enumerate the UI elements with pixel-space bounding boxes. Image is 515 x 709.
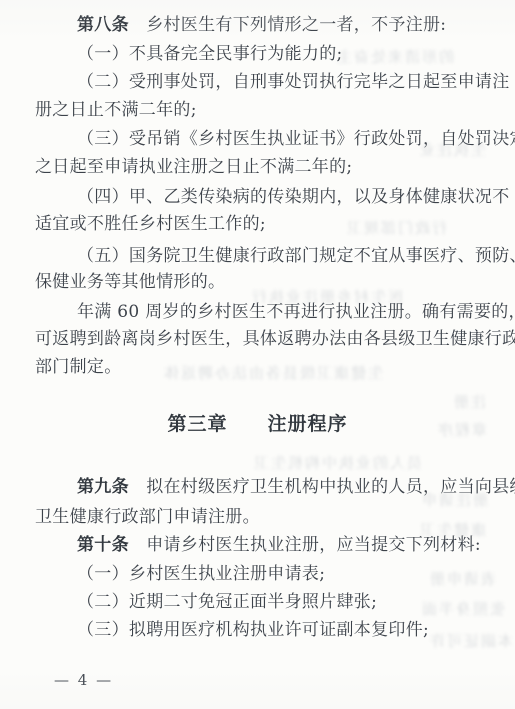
article-number-label: 第十条	[77, 535, 129, 555]
text-segment: （一）不具备完全民事行为能力的;	[77, 44, 343, 64]
text-line: 第八条 乡村医生有下列情形之一者，不予注册:	[77, 15, 482, 36]
text-line: （三）拟聘用医疗机构执业许可证副本复印件;	[77, 620, 482, 641]
text-line: （一）乡村医生执业注册申请表;	[77, 564, 482, 585]
text-segment: （三）拟聘用医疗机构执业许可证副本复印件;	[77, 620, 429, 640]
text-segment: 保健业务等其他情形的。	[35, 272, 225, 292]
text-segment: 适宜或不胜任乡村医生工作的;	[35, 214, 266, 234]
bleedthrough-smudge: 注册	[452, 391, 486, 412]
text-segment: 可返聘到龄离岗乡村医生，具体返聘办法由各县级卫生健康行政	[35, 329, 515, 349]
bleedthrough-smudge: 员人的业执中构机生卫	[252, 452, 422, 473]
text-segment: 之日起至申请执业注册之日止不满二年的;	[35, 157, 352, 177]
text-line: 卫生健康行政部门申请注册。	[35, 507, 482, 528]
text-segment: （一）乡村医生执业注册申请表;	[77, 564, 325, 584]
text-line: 册之日止不满二年的;	[35, 100, 482, 121]
text-line: 可返聘到龄离岗乡村医生，具体返聘办法由各县级卫生健康行政	[35, 329, 482, 350]
document-page: — 4 — 第八条 乡村医生有下列情形之一者，不予注册:（一）不具备完全民事行为…	[0, 0, 515, 709]
chapter-heading: 第三章 注册程序	[0, 414, 515, 435]
text-segment: （三）受吊销《乡村医生执业证书》行政处罚，自处罚决定	[77, 129, 515, 149]
article-number-label: 第九条	[77, 477, 129, 497]
text-line: （二）受刑事处罚，自刑事处罚执行完毕之日起至申请注	[77, 72, 482, 93]
text-segment: 卫生健康行政部门申请注册。	[35, 507, 260, 527]
text-segment: 部门制定。	[35, 357, 122, 377]
text-segment: 拟在村级医疗卫生机构中执业的人员，应当向县级	[129, 477, 515, 497]
text-segment: （五）国务院卫生健康行政部门规定不宜从事医疗、预防、	[77, 246, 515, 266]
text-line: （四）甲、乙类传染病的传染期内，以及身体健康状况不	[77, 187, 482, 208]
text-segment: （四）甲、乙类传染病的传染期内，以及身体健康状况不	[77, 187, 510, 207]
text-line: 之日起至申请执业注册之日止不满二年的;	[35, 157, 482, 178]
text-line: （三）受吊销《乡村医生执业证书》行政处罚，自处罚决定	[77, 129, 482, 150]
text-segment: 申请乡村医生执业注册，应当提交下列材料:	[129, 535, 481, 555]
text-segment: 册之日止不满二年的;	[35, 100, 197, 120]
text-line: 第九条 拟在村级医疗卫生机构中执业的人员，应当向县级	[77, 477, 482, 498]
text-line: 第十条 申请乡村医生执业注册，应当提交下列材料:	[77, 535, 482, 556]
article-number-label: 第三章 注册程序	[167, 413, 347, 435]
page-number: — 4 —	[54, 671, 113, 689]
text-line: 年满 60 周岁的乡村医生不再进行执业注册。确有需要的，	[77, 302, 482, 323]
text-line: （一）不具备完全民事行为能力的;	[77, 44, 482, 65]
text-segment: （二）受刑事处罚，自刑事处罚执行完毕之日起至申请注	[77, 72, 510, 92]
text-line: 部门制定。	[35, 357, 482, 378]
text-line: 保健业务等其他情形的。	[35, 272, 482, 293]
text-segment: 年满 60 周岁的乡村医生不再进行执业注册。确有需要的，	[77, 302, 515, 322]
text-line: （五）国务院卫生健康行政部门规定不宜从事医疗、预防、	[77, 246, 482, 267]
text-line: 适宜或不胜任乡村医生工作的;	[35, 214, 482, 235]
text-segment: 乡村医生有下列情形之一者，不予注册:	[129, 15, 446, 35]
text-segment: （二）近期二寸免冠正面半身照片肆张;	[77, 592, 377, 612]
text-line: （二）近期二寸免冠正面半身照片肆张;	[77, 592, 482, 613]
article-number-label: 第八条	[77, 15, 129, 35]
